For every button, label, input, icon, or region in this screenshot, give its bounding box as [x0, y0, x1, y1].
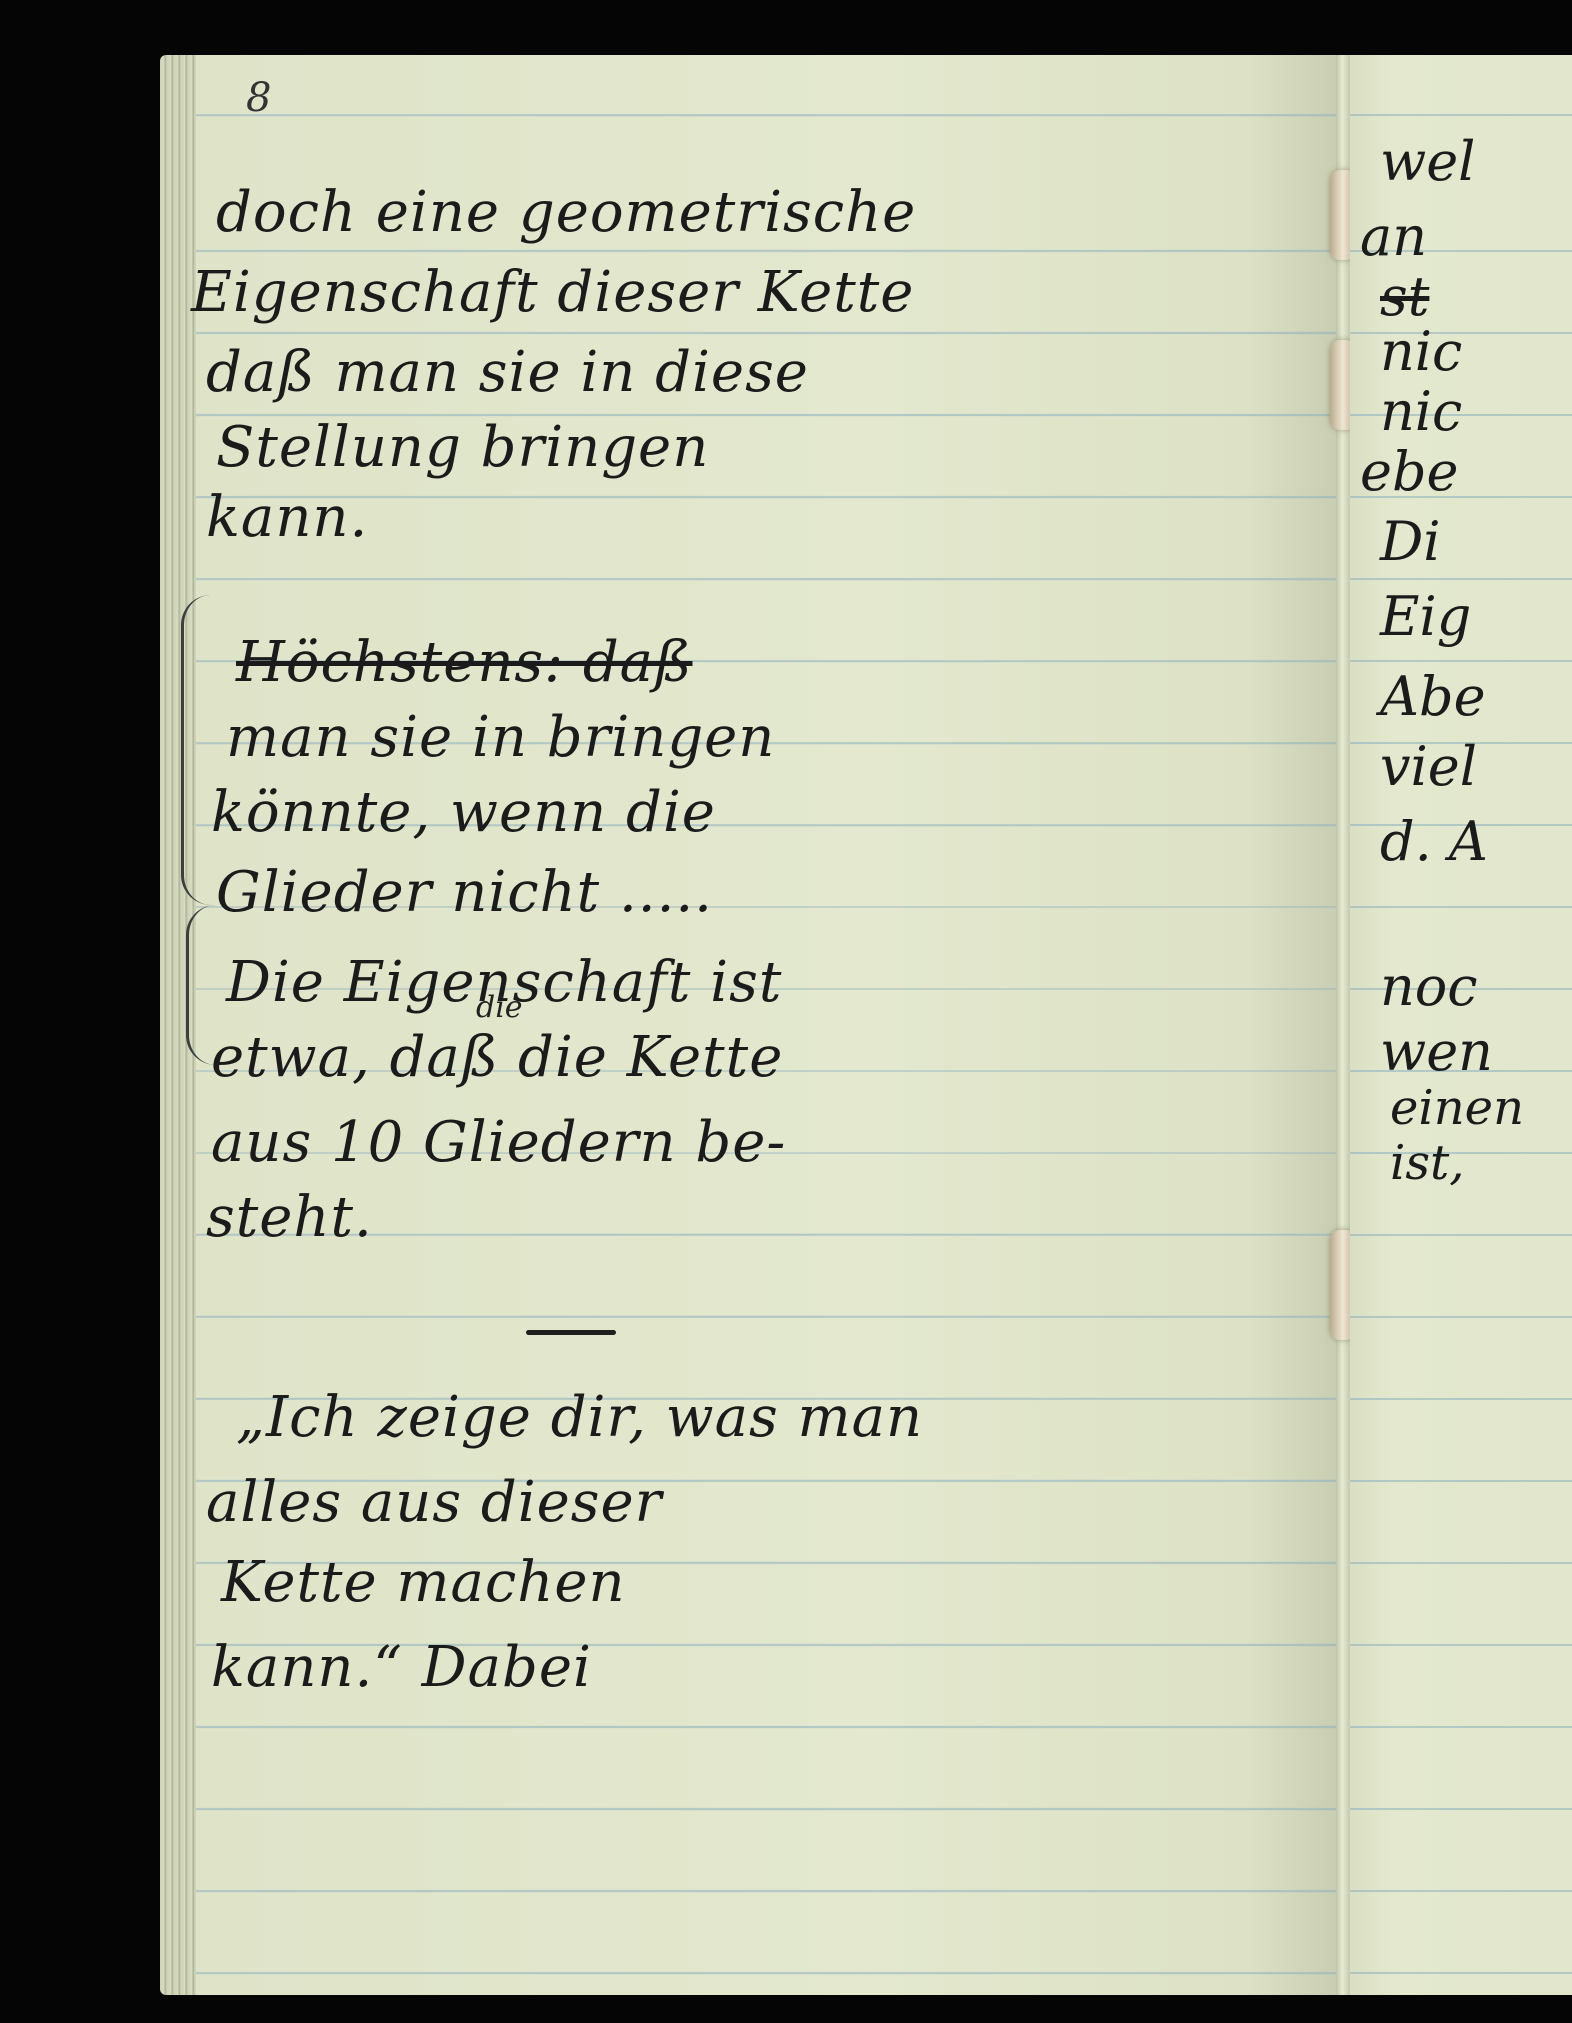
text-fragment: an: [1360, 205, 1427, 268]
text-fragment: Eig: [1380, 585, 1471, 648]
text-fragment: d. A: [1380, 810, 1488, 873]
text-line: kann.“ Dabei: [211, 1635, 592, 1700]
text-fragment: noc: [1380, 955, 1478, 1018]
text-line: könnte, wenn die: [211, 780, 716, 845]
text-line: alles aus dieser: [206, 1470, 662, 1535]
text-fragment: wel: [1380, 130, 1475, 193]
text-line: Eigenschaft dieser Kette: [191, 260, 914, 325]
section-separator: [526, 1330, 616, 1335]
text-line: Glieder nicht .....: [216, 860, 713, 925]
text-line: Stellung bringen: [216, 415, 709, 480]
margin-bracket: [181, 595, 214, 905]
text-fragment: ebe: [1360, 440, 1458, 503]
left-page: 8 doch eine geometrische Eigenschaft die…: [196, 55, 1336, 1995]
text-line: Kette machen: [221, 1550, 626, 1615]
text-fragment: nic: [1380, 320, 1462, 383]
text-line-struck: Höchstens: daß: [236, 630, 692, 695]
text-fragment-struck: st: [1380, 265, 1429, 328]
text-fragment: wen: [1380, 1020, 1493, 1083]
text-line: doch eine geometrische: [216, 180, 916, 245]
text-fragment: Abe: [1380, 665, 1486, 728]
text-fragment: Di: [1380, 510, 1441, 573]
text-line: aus 10 Gliedern be-: [211, 1110, 786, 1175]
insertion-above-line: die: [476, 990, 523, 1025]
text-fragment: einen: [1390, 1080, 1524, 1136]
text-line: daß man sie in diese: [206, 340, 809, 405]
right-page: wel an st nic nic ebe Di Eig Abe viel d.…: [1350, 55, 1572, 1995]
page-number: 8: [246, 75, 271, 121]
text-line: kann.: [206, 485, 368, 550]
text-fragment: nic: [1380, 380, 1462, 443]
text-fragment: ist,: [1390, 1135, 1465, 1191]
text-line: steht.: [206, 1185, 373, 1250]
text-line: man sie in bringen: [226, 705, 775, 770]
text-line: „Ich zeige dir, was man: [236, 1385, 923, 1450]
text-fragment: viel: [1380, 735, 1477, 798]
text-line: etwa, daß die Kette: [211, 1025, 783, 1090]
